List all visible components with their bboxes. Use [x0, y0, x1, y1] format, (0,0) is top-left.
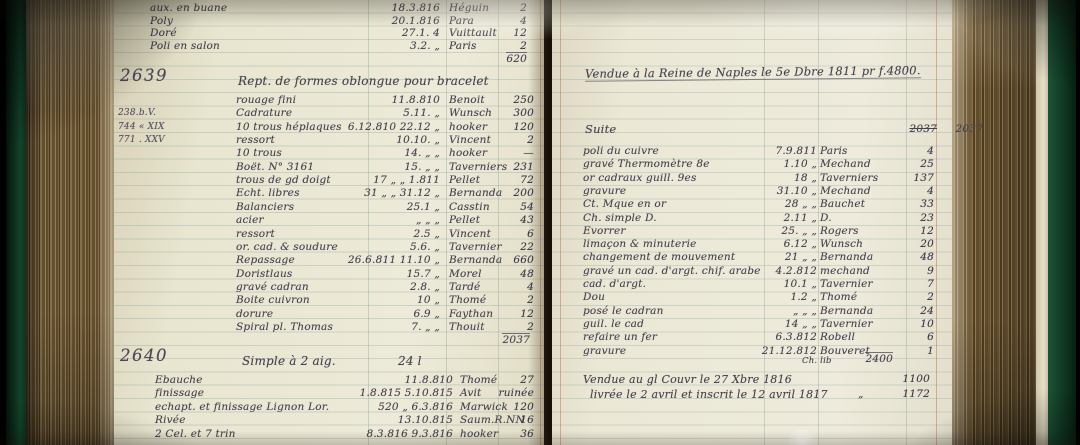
ledger-cell-desc: changement de mouvement	[583, 252, 735, 263]
ledger-cell-desc: Ch. simple D.	[583, 213, 657, 224]
ledger-cell-name: Bauchet	[820, 199, 865, 210]
ledger-cell-desc: gravure	[583, 346, 626, 357]
ledger-cell-amount: 2	[927, 292, 934, 303]
right-page-rows: poli du cuivre7.9.811Paris4gravé Thermom…	[0, 0, 1080, 445]
ledger-cell-amount: 23	[920, 213, 934, 224]
handwriting-layer: 620 2639 Rept. de formes oblongue pour b…	[0, 0, 1080, 445]
ledger-cell-date: 2.11 „	[784, 213, 817, 224]
ledger-cell-desc: cad. d'argt.	[583, 279, 646, 290]
ledger-cell-amount: 4	[927, 146, 934, 157]
ledger-cell-amount: 137	[913, 173, 934, 184]
ledger-cell-desc: gravure	[583, 186, 626, 197]
ledger-cell-desc: limaçon & minuterie	[583, 239, 697, 250]
ledger-cell-date: 4.2.812	[776, 266, 817, 277]
ledger-cell-name: D.	[820, 213, 832, 224]
ledger-cell-amount: 1	[927, 346, 934, 357]
ledger-cell-amount: 20	[920, 239, 934, 250]
ledger-cell-name: Tavernier	[820, 279, 873, 290]
ledger-cell-desc: or cadraux guill. 9es	[583, 173, 697, 184]
ledger-cell-amount: 4	[927, 186, 934, 197]
ledger-cell-name: mechand	[820, 266, 870, 277]
ledger-cell-desc: refaire un fer	[583, 332, 657, 343]
ledger-cell-desc: gravé un cad. d'argt. chif. arabe	[583, 266, 761, 277]
ledger-cell-name: Taverniers	[820, 173, 878, 184]
ledger-cell-date: 14 „ „	[785, 319, 817, 330]
ledger-cell-date: 7.9.811	[776, 146, 817, 157]
ledger-cell-date: 21.12.812	[762, 346, 817, 357]
ledger-cell-desc: Evorrer	[583, 226, 626, 237]
ledger-cell-name: Bouveret	[820, 346, 870, 357]
ledger-cell-name: Thomé	[820, 292, 857, 303]
ledger-cell-amount: 9	[927, 266, 934, 277]
ledger-cell-date: 1.2 „	[791, 292, 817, 303]
ledger-photo: 620 2639 Rept. de formes oblongue pour b…	[0, 0, 1080, 445]
ledger-cell-desc: gravé Thermomètre 8e	[583, 159, 710, 170]
ledger-cell-name: Rogers	[820, 226, 859, 237]
ledger-cell-date: 31.10 „	[777, 186, 817, 197]
ledger-cell-date: 21 „ „	[785, 252, 817, 263]
ledger-cell-amount: 48	[920, 252, 934, 263]
ledger-cell-amount: 7	[927, 279, 934, 290]
ledger-cell-date: 28 „ „	[785, 199, 817, 210]
ledger-cell-date: 6.3.812	[776, 332, 817, 343]
ledger-cell-name: Bernanda	[820, 306, 873, 317]
ledger-cell-amount: 25	[920, 159, 934, 170]
ledger-cell-name: Paris	[820, 146, 848, 157]
ledger-cell-name: Wunsch	[820, 239, 863, 250]
ledger-cell-name: Bernanda	[820, 252, 873, 263]
ledger-cell-name: Tavernier	[820, 319, 873, 330]
ledger-cell-date: „ „ „	[793, 306, 817, 317]
ledger-cell-amount: 12	[920, 226, 934, 237]
ledger-cell-amount: 10	[920, 319, 934, 330]
ledger-cell-desc: Ct. Mque en or	[583, 199, 666, 210]
ledger-cell-desc: posé le cadran	[583, 306, 664, 317]
ledger-cell-desc: poli du cuivre	[583, 146, 659, 157]
ledger-cell-name: Mechand	[820, 159, 871, 170]
ledger-cell-amount: 6	[927, 332, 934, 343]
ledger-cell-name: Robell	[820, 332, 855, 343]
ledger-cell-desc: guil. le cad	[583, 319, 644, 330]
ledger-cell-amount: 33	[920, 199, 934, 210]
ledger-cell-name: Mechand	[820, 186, 871, 197]
ledger-cell-date: 10.1 „	[784, 279, 817, 290]
ledger-cell-date: 6.12 „	[784, 239, 817, 250]
ledger-cell-date: 18 „	[794, 173, 817, 184]
ledger-cell-desc: Dou	[583, 292, 605, 303]
ledger-cell-date: 25. „ „	[781, 226, 817, 237]
ledger-cell-date: 1.10 „	[784, 159, 817, 170]
ledger-cell-amount: 24	[920, 306, 934, 317]
